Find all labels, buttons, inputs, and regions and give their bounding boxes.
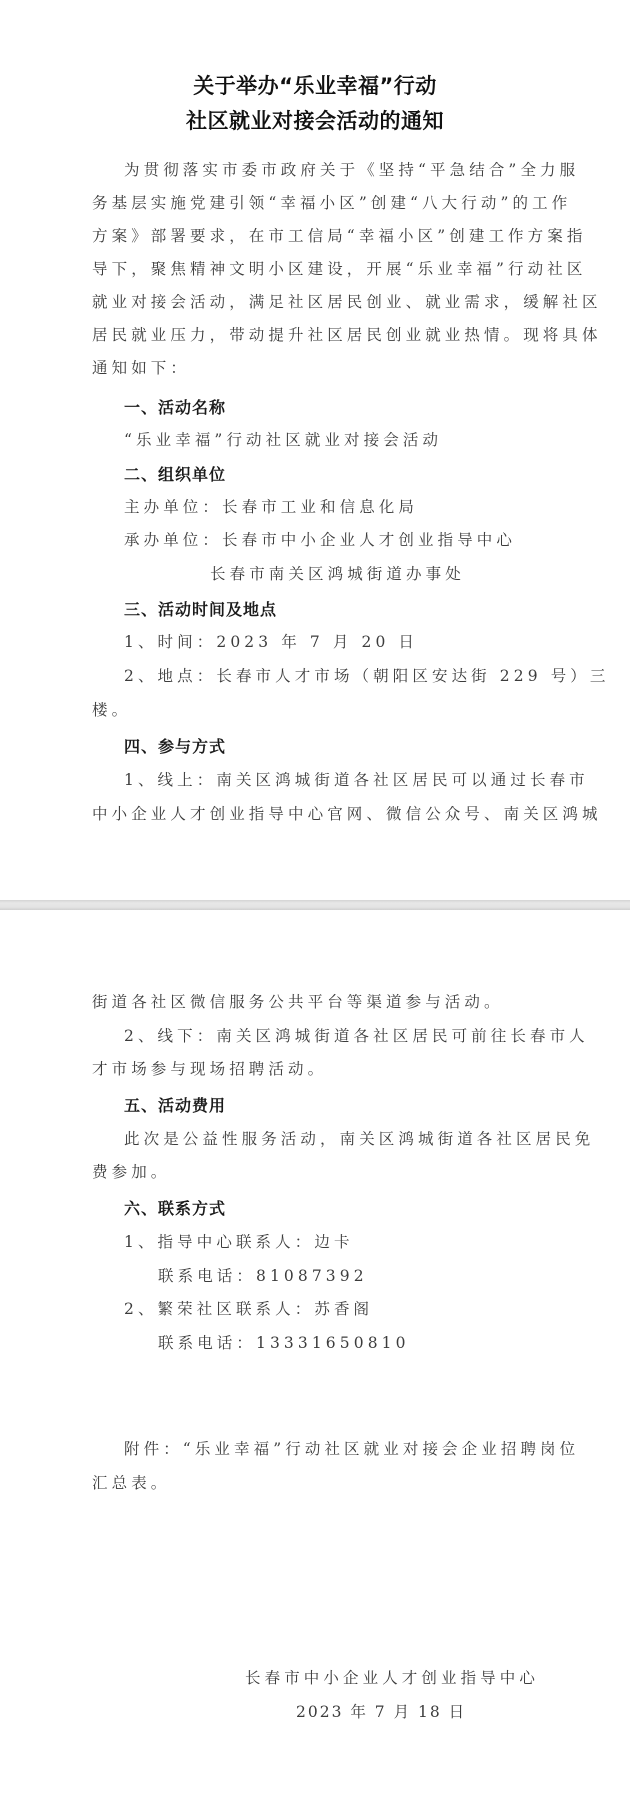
- section-text: 2、线下：南关区鸿城街道各社区居民可前往长春市人: [124, 1024, 589, 1046]
- section-text: 长春市南关区鸿城街道办事处: [210, 562, 465, 584]
- section-text: 才市场参与现场招聘活动。: [92, 1057, 327, 1079]
- section-text: 街道各社区微信服务公共平台等渠道参与活动。: [92, 990, 504, 1012]
- intro-paragraph-line: 居民就业压力，带动提升社区居民创业就业热情。现将具体: [92, 323, 602, 345]
- document-title-line-2: 社区就业对接会活动的通知: [0, 105, 630, 135]
- intro-paragraph-line: 通知如下：: [92, 356, 190, 378]
- section-heading-participation: 四、参与方式: [124, 734, 226, 757]
- document-title-line-1: 关于举办“乐业幸福”行动: [0, 70, 630, 100]
- section-text: 2、地点：长春市人才市场（朝阳区安达街 229 号）三: [124, 664, 610, 686]
- section-heading-fees: 五、活动费用: [124, 1093, 226, 1116]
- section-text: 主办单位：长春市工业和信息化局: [124, 495, 418, 517]
- section-heading-time-place: 三、活动时间及地点: [124, 597, 277, 620]
- intro-paragraph-line: 方案》部署要求，在市工信局“幸福小区”创建工作方案指: [92, 224, 586, 246]
- section-text: 承办单位：长春市中小企业人才创业指导中心: [124, 528, 516, 550]
- section-text: 费参加。: [92, 1160, 170, 1182]
- contact-phone: 联系电话：81087392: [158, 1264, 368, 1286]
- section-text: “乐业幸福”行动社区就业对接会活动: [124, 428, 442, 450]
- intro-paragraph-line: 就业对接会活动，满足社区居民创业、就业需求，缓解社区: [92, 290, 602, 312]
- intro-paragraph-line: 导下，聚焦精神文明小区建设，开展“乐业幸福”行动社区: [92, 257, 586, 279]
- intro-paragraph-line: 务基层实施党建引领“幸福小区”创建“八大行动”的工作: [92, 191, 571, 213]
- signature-organization: 长春市中小企业人才创业指导中心: [245, 1666, 539, 1688]
- section-text: 楼。: [92, 698, 131, 720]
- section-heading-activity-name: 一、活动名称: [124, 395, 226, 418]
- page-break-divider: [0, 900, 630, 910]
- contact-person: 2、繁荣社区联系人：苏香阁: [124, 1297, 373, 1319]
- section-text: 此次是公益性服务活动，南关区鸿城街道各社区居民免: [124, 1127, 594, 1149]
- section-heading-contact: 六、联系方式: [124, 1196, 226, 1219]
- section-text: 1、线上：南关区鸿城街道各社区居民可以通过长春市: [124, 768, 589, 790]
- document-page-2: 街道各社区微信服务公共平台等渠道参与活动。 2、线下：南关区鸿城街道各社区居民可…: [0, 910, 630, 1806]
- contact-person: 1、指导中心联系人：边卡: [124, 1230, 354, 1252]
- intro-paragraph-line: 为贯彻落实市委市政府关于《坚持“平急结合”全力服: [124, 158, 579, 180]
- document-page-1: 关于举办“乐业幸福”行动 社区就业对接会活动的通知 为贯彻落实市委市政府关于《坚…: [0, 0, 630, 900]
- section-text: 中小企业人才创业指导中心官网、微信公众号、南关区鸿城: [92, 802, 602, 824]
- contact-phone: 联系电话：13331650810: [158, 1331, 410, 1353]
- attachment-line: 附件：“乐业幸福”行动社区就业对接会企业招聘岗位: [124, 1437, 579, 1459]
- attachment-line: 汇总表。: [92, 1471, 170, 1493]
- section-text: 1、时间：2023 年 7 月 20 日: [124, 630, 418, 652]
- signature-date: 2023 年 7 月 18 日: [296, 1700, 466, 1722]
- section-heading-organizers: 二、组织单位: [124, 462, 226, 485]
